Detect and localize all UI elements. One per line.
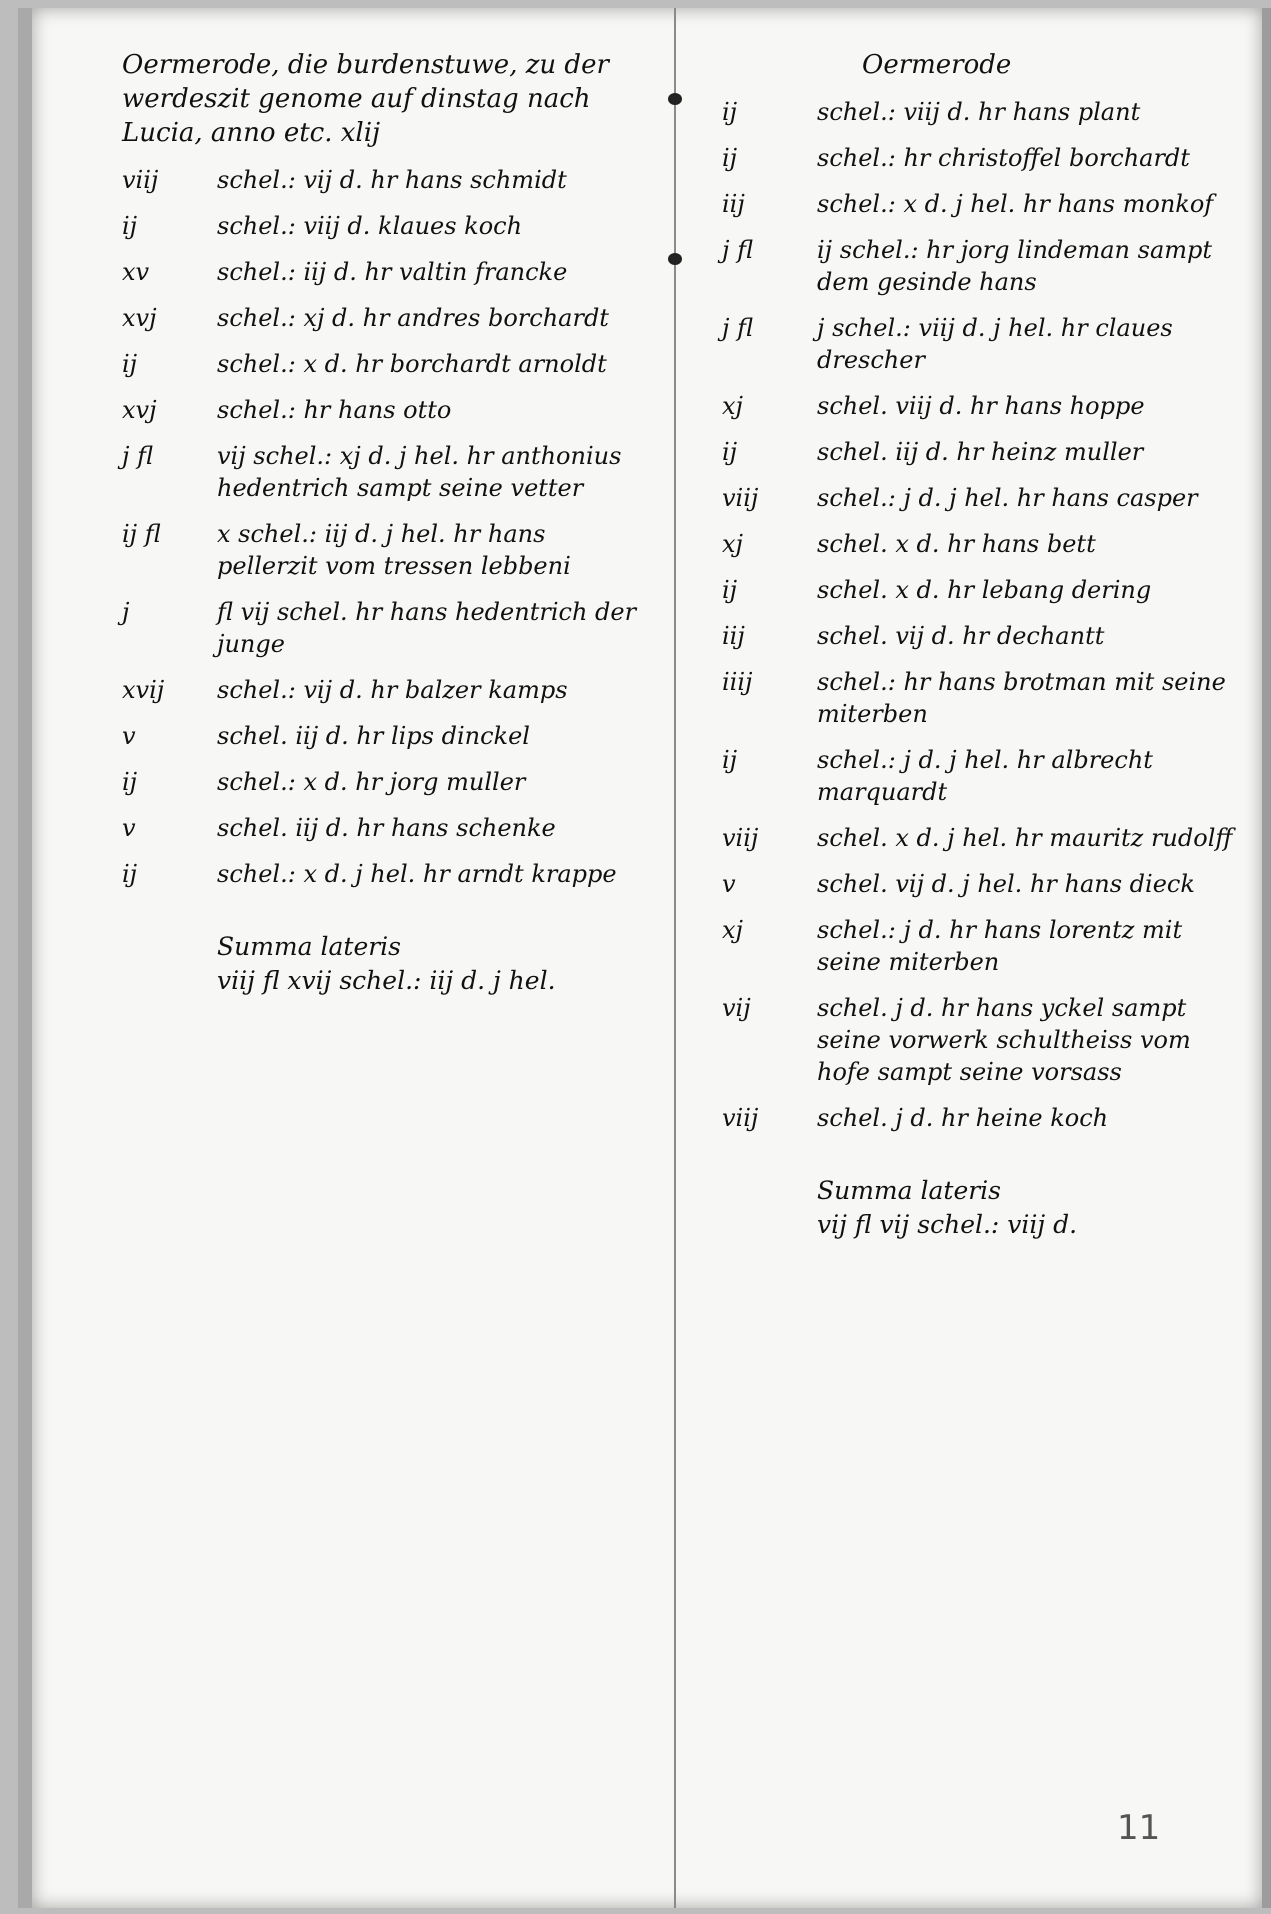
left-page: Oermerode, die burdenstuwe, zu der werde… [122, 48, 642, 998]
entry-amount: ij [722, 96, 817, 128]
entry-amount: ij [722, 436, 817, 468]
binding-stitch [668, 93, 682, 105]
ledger-entry: xjschel.: j d. hr hans lorentz mit seine… [722, 914, 1242, 978]
ledger-entry: ijschel.: viij d. klaues koch [122, 210, 642, 242]
entry-amount: xvj [122, 302, 217, 334]
ledger-entry: ijschel.: hr christoffel borchardt [722, 142, 1242, 174]
ledger-entry: ijschel.: x d. hr jorg muller [122, 766, 642, 798]
ledger-entry: vschel. vij d. j hel. hr hans dieck [722, 868, 1242, 900]
ledger-entry: ijschel.: x d. hr borchardt arnoldt [122, 348, 642, 380]
ledger-entry: vijschel. j d. hr hans yckel sampt seine… [722, 992, 1242, 1088]
entry-text: schel.: x d. j hel. hr hans monkof [817, 188, 1242, 220]
entry-text: schel.: x d. j hel. hr arndt krappe [217, 858, 642, 890]
ledger-entry: j flij schel.: hr jorg lindeman sampt de… [722, 234, 1242, 298]
ledger-entry: viijschel.: vij d. hr hans schmidt [122, 164, 642, 196]
ledger-entry: xjschel. viij d. hr hans hoppe [722, 390, 1242, 422]
entry-amount: ij fl [122, 518, 217, 582]
entry-text: schel. x d. hr hans bett [817, 528, 1242, 560]
entry-amount: xv [122, 256, 217, 288]
entry-amount: j fl [122, 440, 217, 504]
ledger-entry: j flj schel.: viij d. j hel. hr claues d… [722, 312, 1242, 376]
entry-amount: viij [722, 1102, 817, 1134]
entry-text: fl vij schel. hr hans hedentrich der jun… [217, 596, 642, 660]
entry-text: schel. j d. hr heine koch [817, 1102, 1242, 1134]
ledger-entry: viijschel.: j d. j hel. hr hans casper [722, 482, 1242, 514]
left-entries: viijschel.: vij d. hr hans schmidtijsche… [122, 164, 642, 890]
entry-amount: v [722, 868, 817, 900]
entry-amount: ij [122, 858, 217, 890]
entry-text: schel.: hr christoffel borchardt [817, 142, 1242, 174]
ledger-entry: viijschel. x d. j hel. hr mauritz rudolf… [722, 822, 1242, 854]
entry-text: schel.: j d. j hel. hr albrecht marquard… [817, 744, 1242, 808]
entry-text: schel. iij d. hr hans schenke [217, 812, 642, 844]
right-entries: ijschel.: viij d. hr hans plantijschel.:… [722, 96, 1242, 1134]
binding-stitch [668, 253, 682, 265]
ledger-entry: xvjschel.: hr hans otto [122, 394, 642, 426]
entry-amount: j fl [722, 234, 817, 298]
ledger-entry: viijschel. j d. hr heine koch [722, 1102, 1242, 1134]
entry-amount: xj [722, 914, 817, 978]
entry-text: schel.: j d. hr hans lorentz mit seine m… [817, 914, 1242, 978]
entry-text: schel.: hr hans otto [217, 394, 642, 426]
ledger-entry: ijschel. iij d. hr heinz muller [722, 436, 1242, 468]
entry-text: j schel.: viij d. j hel. hr claues dresc… [817, 312, 1242, 376]
ledger-entry: ijschel. x d. hr lebang dering [722, 574, 1242, 606]
ledger-entry: ijschel.: j d. j hel. hr albrecht marqua… [722, 744, 1242, 808]
entry-amount: ij [722, 142, 817, 174]
entry-amount: iij [722, 188, 817, 220]
ledger-entry: jfl vij schel. hr hans hedentrich der ju… [122, 596, 642, 660]
entry-amount: xj [722, 528, 817, 560]
entry-amount: viij [722, 482, 817, 514]
ledger-entry: ijschel.: viij d. hr hans plant [722, 96, 1242, 128]
entry-text: schel.: viij d. klaues koch [217, 210, 642, 242]
left-heading: Oermerode, die burdenstuwe, zu der werde… [122, 48, 642, 150]
entry-text: schel. vij d. hr dechantt [817, 620, 1242, 652]
ledger-entry: ijschel.: x d. j hel. hr arndt krappe [122, 858, 642, 890]
entry-text: ij schel.: hr jorg lindeman sampt dem ge… [817, 234, 1242, 298]
entry-text: schel.: x d. hr jorg muller [217, 766, 642, 798]
ledger-entry: j flvij schel.: xj d. j hel. hr anthoniu… [122, 440, 642, 504]
ledger-entry: vschel. iij d. hr lips dinckel [122, 720, 642, 752]
entry-text: schel. iij d. hr heinz muller [817, 436, 1242, 468]
ledger-entry: iijschel. vij d. hr dechantt [722, 620, 1242, 652]
entry-amount: ij [122, 210, 217, 242]
page-gutter [674, 8, 676, 1908]
entry-text: schel.: j d. j hel. hr hans casper [817, 482, 1242, 514]
entry-amount: xvj [122, 394, 217, 426]
entry-text: schel.: vij d. hr hans schmidt [217, 164, 642, 196]
entry-amount: j [122, 596, 217, 660]
entry-text: schel. iij d. hr lips dinckel [217, 720, 642, 752]
entry-text: schel.: x d. hr borchardt arnoldt [217, 348, 642, 380]
entry-amount: viij [722, 822, 817, 854]
ledger-entry: ij flx schel.: iij d. j hel. hr hans pel… [122, 518, 642, 582]
entry-amount: iij [722, 620, 817, 652]
summa-label: Summa lateris [217, 930, 642, 964]
entry-amount: j fl [722, 312, 817, 376]
right-heading: Oermerode [722, 48, 1242, 82]
entry-text: schel.: vij d. hr balzer kamps [217, 674, 642, 706]
summa-label: Summa lateris [817, 1174, 1242, 1208]
entry-text: schel. x d. hr lebang dering [817, 574, 1242, 606]
entry-amount: ij [722, 744, 817, 808]
ledger-entry: xvijschel.: vij d. hr balzer kamps [122, 674, 642, 706]
right-page: Oermerode ijschel.: viij d. hr hans plan… [722, 48, 1242, 1242]
entry-text: schel.: viij d. hr hans plant [817, 96, 1242, 128]
right-summa: Summa lateris vij fl vij schel.: viij d. [722, 1174, 1242, 1242]
entry-amount: viij [122, 164, 217, 196]
entry-amount: ij [122, 348, 217, 380]
entry-amount: ij [722, 574, 817, 606]
entry-amount: iiij [722, 666, 817, 730]
entry-text: x schel.: iij d. j hel. hr hans pellerzi… [217, 518, 642, 582]
entry-amount: xvij [122, 674, 217, 706]
ledger-entry: iiijschel.: hr hans brotman mit seine mi… [722, 666, 1242, 730]
ledger-entry: vschel. iij d. hr hans schenke [122, 812, 642, 844]
manuscript-spread: Oermerode, die burdenstuwe, zu der werde… [18, 8, 1271, 1908]
ledger-entry: iijschel.: x d. j hel. hr hans monkof [722, 188, 1242, 220]
summa-value: vij fl vij schel.: viij d. [817, 1208, 1242, 1242]
ledger-entry: xvschel.: iij d. hr valtin francke [122, 256, 642, 288]
summa-value: viij fl xvij schel.: iij d. j hel. [217, 964, 642, 998]
ledger-entry: xvjschel.: xj d. hr andres borchardt [122, 302, 642, 334]
entry-amount: v [122, 720, 217, 752]
ledger-entry: xjschel. x d. hr hans bett [722, 528, 1242, 560]
entry-text: schel. x d. j hel. hr mauritz rudolff [817, 822, 1242, 854]
left-summa: Summa lateris viij fl xvij schel.: iij d… [122, 930, 642, 998]
entry-amount: v [122, 812, 217, 844]
folio-number: 11 [1117, 1808, 1160, 1848]
entry-amount: vij [722, 992, 817, 1088]
entry-text: schel. viij d. hr hans hoppe [817, 390, 1242, 422]
entry-text: vij schel.: xj d. j hel. hr anthonius he… [217, 440, 642, 504]
entry-amount: ij [122, 766, 217, 798]
entry-text: schel. vij d. j hel. hr hans dieck [817, 868, 1242, 900]
entry-text: schel.: iij d. hr valtin francke [217, 256, 642, 288]
entry-amount: xj [722, 390, 817, 422]
entry-text: schel.: hr hans brotman mit seine miterb… [817, 666, 1242, 730]
entry-text: schel. j d. hr hans yckel sampt seine vo… [817, 992, 1242, 1088]
entry-text: schel.: xj d. hr andres borchardt [217, 302, 642, 334]
